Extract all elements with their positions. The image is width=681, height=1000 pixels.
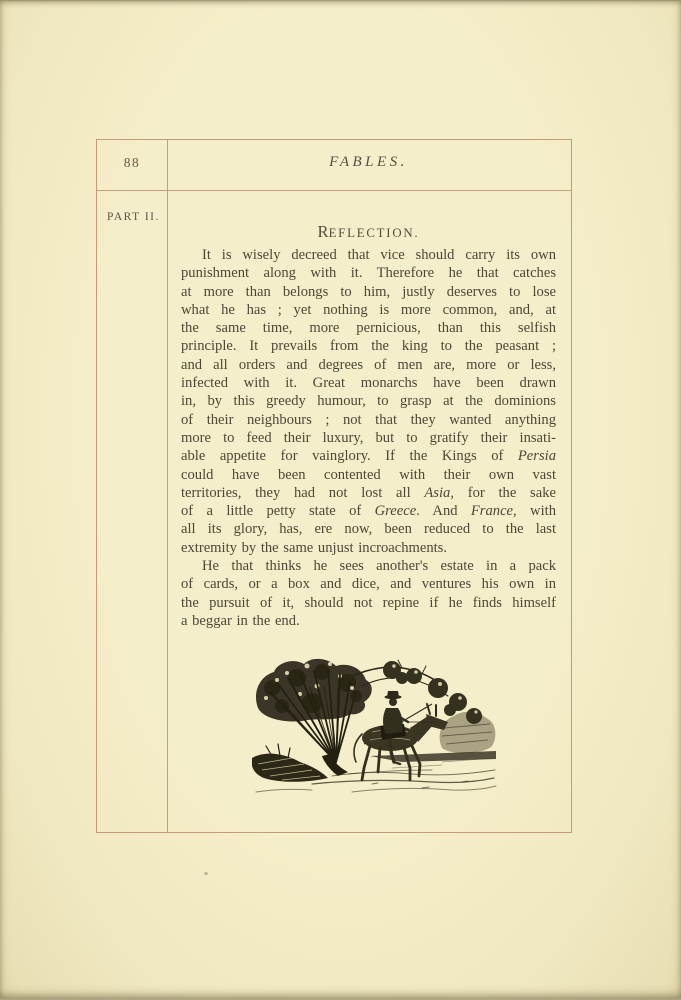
- text-segment: able appetite for vainglory. If the King…: [181, 448, 518, 464]
- text-segment: It is wisely decreed that vice should ca…: [202, 247, 556, 263]
- woodcut-illustration: [252, 658, 500, 801]
- text-segment: punishment along with it. Therefore he t…: [181, 265, 556, 281]
- text-segment-italic: Persia: [518, 448, 556, 464]
- text-segment: the same time, more pernicious, than thi…: [181, 320, 556, 336]
- page-frame: 88 FABLES. PART II. REFLECTION. It is wi…: [96, 139, 572, 833]
- text-line: of cards, or a box and dice, and venture…: [181, 575, 556, 593]
- text-line: able appetite for vainglory. If the King…: [181, 447, 556, 465]
- text-segment: principle. It prevails from the king to …: [181, 338, 556, 354]
- heading-initial: R: [318, 222, 329, 241]
- running-title: FABLES.: [167, 154, 570, 171]
- text-line: all its glory, has, ere now, been reduce…: [181, 520, 556, 538]
- margin-rule: [167, 140, 168, 832]
- text-line: more to feed their luxury, but to gratif…: [181, 429, 556, 447]
- text-line: of a little petty state of Greece. And F…: [181, 502, 556, 520]
- text-line: the same time, more pernicious, than thi…: [181, 319, 556, 337]
- body-text: It is wisely decreed that vice should ca…: [181, 246, 556, 630]
- text-line: a beggar in the end.: [181, 612, 556, 630]
- text-segment: a beggar in the end.: [181, 613, 300, 629]
- text-segment: , with: [513, 503, 556, 519]
- heading-rest: EFLECTION.: [329, 226, 420, 240]
- text-line: It is wisely decreed that vice should ca…: [181, 246, 556, 264]
- section-heading: REFLECTION.: [181, 222, 556, 242]
- text-line: territories, they had not lost all Asia,…: [181, 484, 556, 502]
- page-number: 88: [97, 155, 167, 171]
- text-segment: infected with it. Great monarchs have be…: [181, 375, 556, 391]
- text-line: extremity by the same unjust incroachmen…: [181, 539, 556, 557]
- text-segment: territories, they had not lost all: [181, 485, 424, 501]
- text-line: what he has ; yet nothing is more common…: [181, 301, 556, 319]
- text-segment: . And: [416, 503, 471, 519]
- text-segment-italic: Greece: [375, 503, 417, 519]
- text-segment: of cards, or a box and dice, and venture…: [181, 576, 556, 592]
- text-segment: could have been contented with their own…: [181, 467, 556, 483]
- text-line: in, by this greedy humour, to grasp at t…: [181, 392, 556, 410]
- text-segment: of their neighbours ; not that they want…: [181, 412, 556, 428]
- text-segment: what he has ; yet nothing is more common…: [181, 302, 556, 318]
- text-segment-italic: Asia: [424, 485, 450, 501]
- text-segment: the pursuit of it, should not repine if …: [181, 595, 556, 611]
- text-segment: all its glory, has, ere now, been reduce…: [181, 521, 556, 537]
- text-line: at more than belongs to him, justly dese…: [181, 283, 556, 301]
- text-segment: extremity by the same unjust incroachmen…: [181, 540, 447, 556]
- text-segment: of a little petty state of: [181, 503, 375, 519]
- text-line: and all orders and degrees of men are, m…: [181, 356, 556, 374]
- text-segment: in, by this greedy humour, to grasp at t…: [181, 393, 556, 409]
- text-segment-italic: France: [471, 503, 513, 519]
- text-segment: , for the sake: [450, 485, 556, 501]
- text-line: principle. It prevails from the king to …: [181, 337, 556, 355]
- text-line: infected with it. Great monarchs have be…: [181, 374, 556, 392]
- book-page: 88 FABLES. PART II. REFLECTION. It is wi…: [0, 0, 681, 1000]
- paper-speck: [204, 872, 208, 875]
- text-line: punishment along with it. Therefore he t…: [181, 264, 556, 282]
- text-segment: more to feed their luxury, but to gratif…: [181, 430, 556, 446]
- text-line: could have been contented with their own…: [181, 466, 556, 484]
- text-segment: and all orders and degrees of men are, m…: [181, 357, 556, 373]
- text-line: He that thinks he sees another's estate …: [181, 557, 556, 575]
- part-label: PART II.: [107, 211, 160, 223]
- text-line: of their neighbours ; not that they want…: [181, 411, 556, 429]
- text-segment: at more than belongs to him, justly dese…: [181, 284, 556, 300]
- text-line: the pursuit of it, should not repine if …: [181, 594, 556, 612]
- header-rule: [97, 190, 571, 191]
- text-segment: He that thinks he sees another's estate …: [202, 558, 556, 574]
